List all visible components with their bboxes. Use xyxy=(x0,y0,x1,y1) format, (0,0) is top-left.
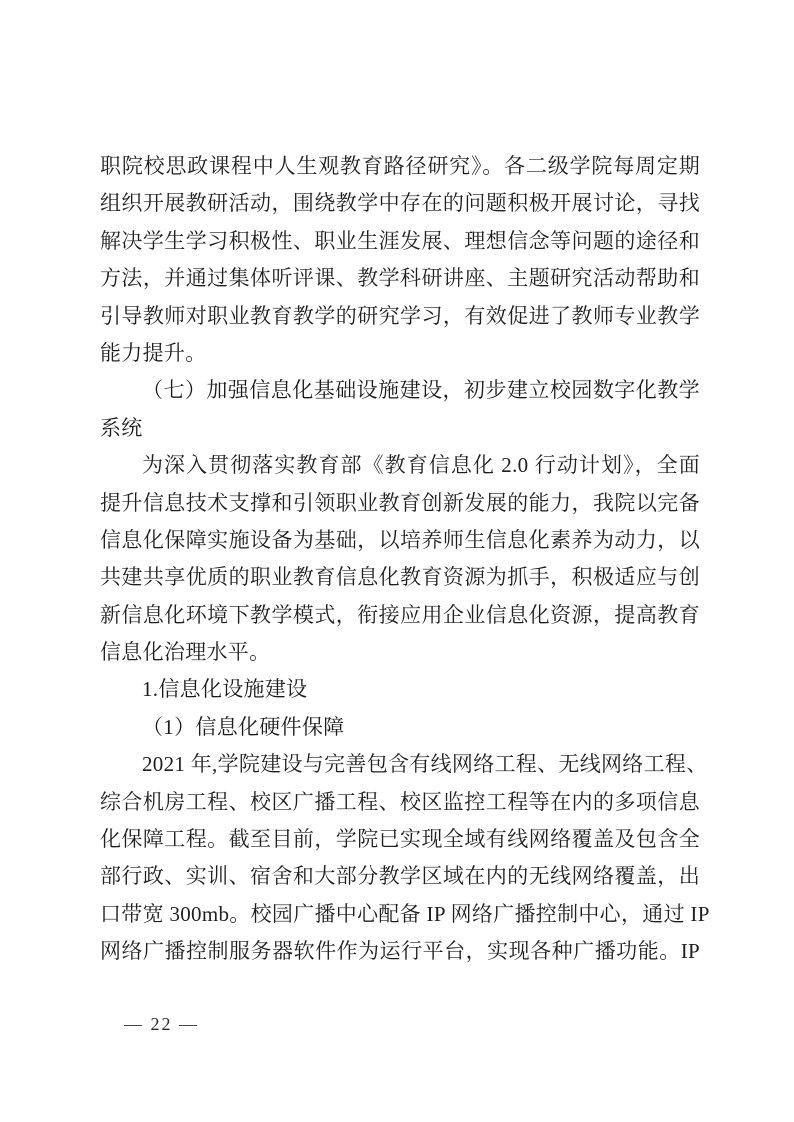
text-line: 化保障工程。截至目前，学院已实现全域有线网络覆盖及包含全 xyxy=(100,821,700,858)
text-line: 组织开展教研活动，围绕教学中存在的问题积极开展讨论，寻找 xyxy=(100,185,700,222)
document-body-text: 职院校思政课程中人生观教育路径研究》。各二级学院每周定期组织开展教研活动，围绕教… xyxy=(100,148,700,971)
text-line: 能力提升。 xyxy=(100,335,700,372)
text-line: 引导教师对职业教育教学的研究学习，有效促进了教师专业教学 xyxy=(100,298,700,335)
page-number: — 22 — xyxy=(124,1011,199,1037)
text-line: 1.信息化设施建设 xyxy=(100,671,700,708)
text-line: 解决学生学习积极性、职业生涯发展、理想信念等问题的途径和 xyxy=(100,223,700,260)
text-line: 共建共享优质的职业教育信息化教育资源为抓手，积极适应与创 xyxy=(100,559,700,596)
section-heading-line: 系统 xyxy=(100,410,700,447)
text-line: 口带宽 300mb。校园广播中心配备 IP 网络广播控制中心，通过 IP xyxy=(100,896,700,933)
text-line: 职院校思政课程中人生观教育路径研究》。各二级学院每周定期 xyxy=(100,148,700,185)
section-heading-line: （七）加强信息化基础设施建设，初步建立校园数字化教学 xyxy=(100,372,700,409)
text-line: 方法，并通过集体听评课、教学科研讲座、主题研究活动帮助和 xyxy=(100,260,700,297)
text-line: 信息化治理水平。 xyxy=(100,634,700,671)
text-line: 综合机房工程、校区广播工程、校区监控工程等在内的多项信息 xyxy=(100,784,700,821)
text-line: 网络广播控制服务器软件作为运行平台，实现各种广播功能。IP xyxy=(100,933,700,970)
text-line: 新信息化环境下教学模式，衔接应用企业信息化资源，提高教育 xyxy=(100,597,700,634)
text-line: 信息化保障实施设备为基础，以培养师生信息化素养为动力，以 xyxy=(100,522,700,559)
text-line: （1）信息化硬件保障 xyxy=(100,709,700,746)
text-line: 为深入贯彻落实教育部《教育信息化 2.0 行动计划》，全面 xyxy=(100,447,700,484)
text-line: 2021 年,学院建设与完善包含有线网络工程、无线网络工程、 xyxy=(100,746,700,783)
text-line: 部行政、实训、宿舍和大部分教学区域在内的无线网络覆盖，出 xyxy=(100,858,700,895)
document-page: 职院校思政课程中人生观教育路径研究》。各二级学院每周定期组织开展教研活动，围绕教… xyxy=(0,0,794,1122)
text-line: 提升信息技术支撑和引领职业教育创新发展的能力，我院以完备 xyxy=(100,485,700,522)
